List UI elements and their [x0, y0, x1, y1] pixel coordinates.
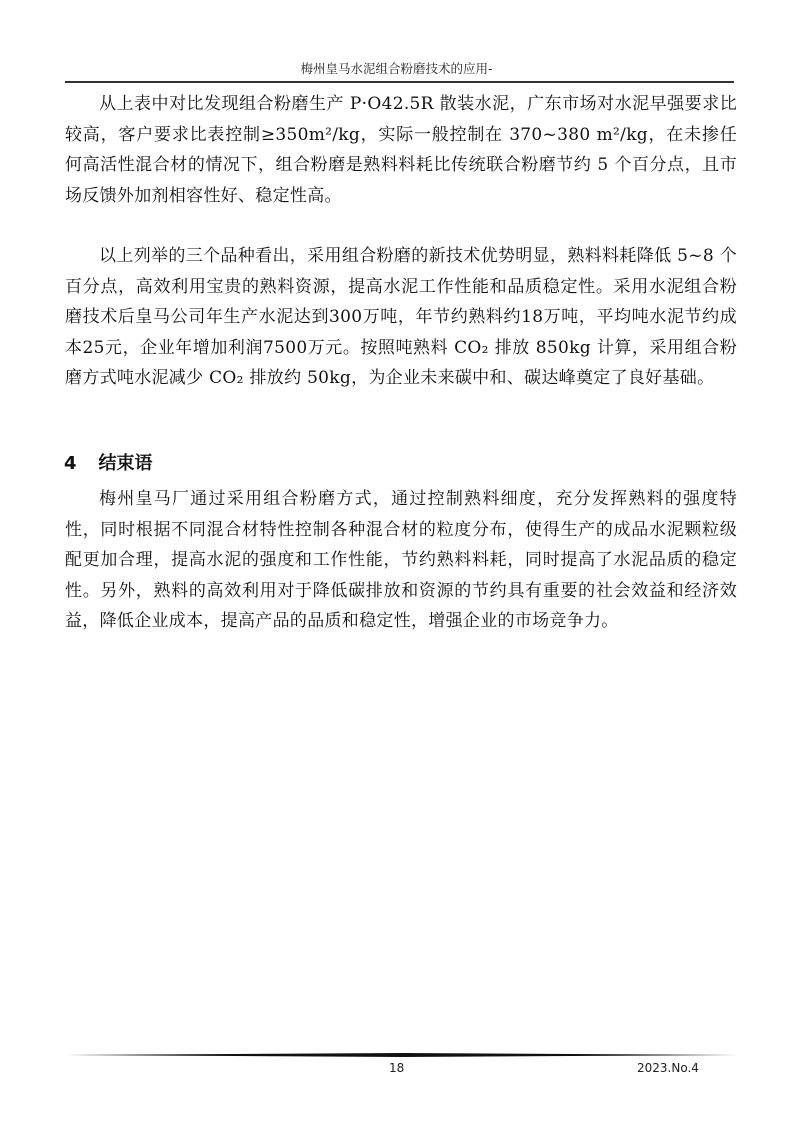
body-section-conclusion: 梅州皇马厂通过采用组合粉磨方式，通过控制熟料细度，充分发挥熟料的强度特性，同时根… — [65, 484, 737, 637]
paragraph-advantages: 以上列举的三个品种看出，采用组合粉磨的新技术优势明显，熟料料耗降低 5~8 个百… — [65, 241, 737, 394]
running-header-title: 梅州皇马水泥组合粉磨技术的应用- — [0, 59, 793, 77]
tapered-rule-graphic — [65, 1053, 737, 1057]
paragraph-comparison: 从上表中对比发现组合粉磨生产 P·O42.5R 散装水泥，广东市场对水泥早强要求… — [65, 89, 737, 211]
section-number: 4 — [64, 453, 77, 474]
section-heading: 4结束语 — [64, 449, 153, 475]
page-number: 18 — [389, 1061, 404, 1075]
body-section-summary: 以上列举的三个品种看出，采用组合粉磨的新技术优势明显，熟料料耗降低 5~8 个百… — [65, 241, 737, 394]
body-section-results: 从上表中对比发现组合粉磨生产 P·O42.5R 散装水泥，广东市场对水泥早强要求… — [65, 89, 737, 211]
header-divider — [65, 81, 734, 83]
section-title: 结束语 — [99, 453, 153, 474]
paragraph-conclusion: 梅州皇马厂通过采用组合粉磨方式，通过控制熟料细度，充分发挥熟料的强度特性，同时根… — [65, 484, 737, 637]
footer-divider — [65, 1053, 737, 1056]
issue-label: 2023.No.4 — [637, 1061, 699, 1075]
